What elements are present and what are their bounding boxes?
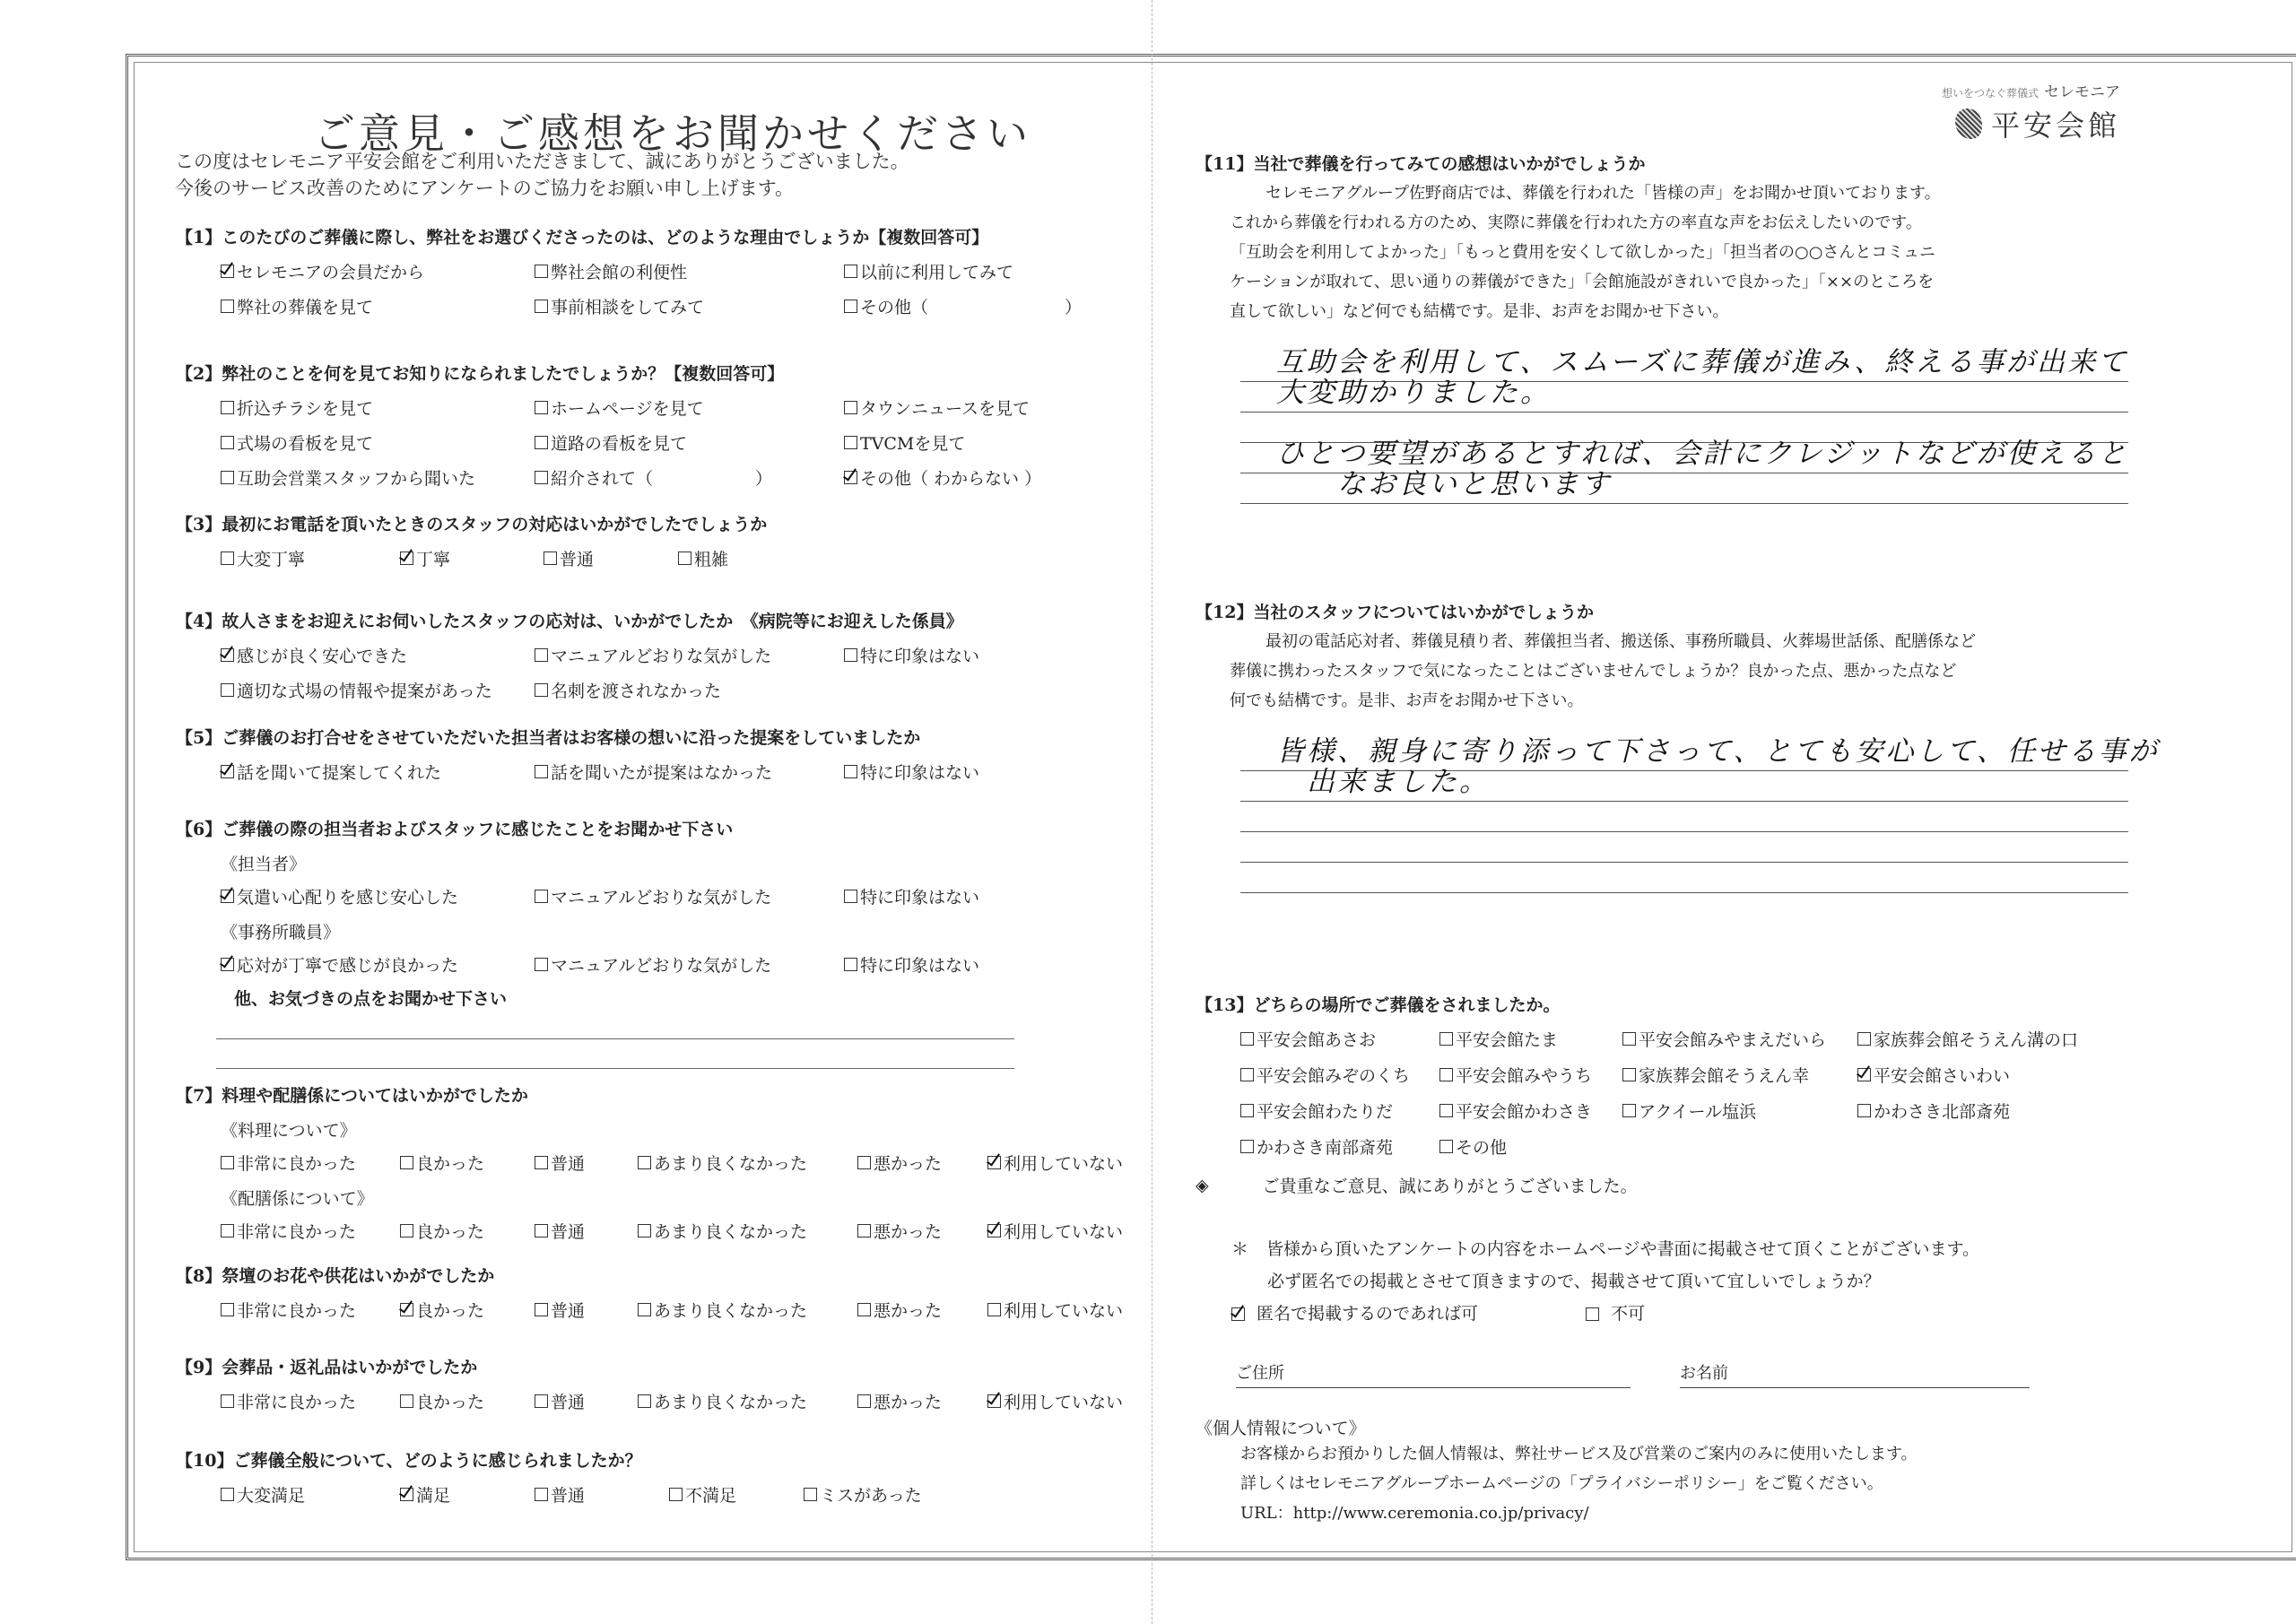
logo-mark-icon bbox=[1955, 109, 1982, 139]
intro-text: この度はセレモニア平安会館をご利用いただきまして、誠にありがとうございました。 … bbox=[175, 148, 909, 202]
checkbox-checked-icon[interactable] bbox=[987, 1394, 1001, 1408]
checkbox-option[interactable]: かわさき南部斎苑 bbox=[1240, 1134, 1439, 1159]
checkbox-icon[interactable] bbox=[857, 1156, 871, 1169]
closing-section: ◈ ご貴重なご意見、誠にありがとうございました。 ＊皆様から頂いたアンケートの内… bbox=[1196, 1173, 2137, 1388]
checkbox-option[interactable]: 良かった bbox=[400, 1389, 535, 1413]
checkbox-icon[interactable] bbox=[221, 300, 234, 313]
handwritten-answer: 出来ました。 bbox=[1276, 759, 1490, 799]
asterisk-icon: ＊ bbox=[1231, 1239, 1248, 1259]
checkbox-icon[interactable] bbox=[844, 401, 857, 414]
checkbox-checked-icon[interactable] bbox=[844, 471, 857, 484]
q12-answer-area[interactable]: 皆様、親身に寄り添って下さって、とても安心して、任せる事が 出来ました。 bbox=[1240, 741, 2128, 893]
checkbox-icon[interactable] bbox=[1439, 1032, 1453, 1046]
checkbox-option[interactable]: 普通 bbox=[535, 1482, 669, 1507]
checkbox-icon[interactable] bbox=[535, 471, 548, 484]
checkbox-option[interactable]: 式場の看板を見て bbox=[221, 430, 535, 455]
checkbox-option[interactable]: 大変満足 bbox=[221, 1482, 400, 1507]
checkbox-option[interactable]: 以前に利用してみて bbox=[844, 259, 1113, 283]
checkbox-option[interactable]: 普通 bbox=[544, 546, 678, 570]
checkbox-option[interactable]: 非常に良かった bbox=[221, 1389, 400, 1413]
checkbox-icon[interactable] bbox=[1240, 1032, 1254, 1046]
checkbox-icon[interactable] bbox=[535, 300, 548, 313]
checkbox-option[interactable]: 弊社の葬儀を見て bbox=[221, 294, 535, 318]
checkbox-checked-icon[interactable] bbox=[221, 765, 234, 778]
checkbox-option[interactable]: 特に印象はない bbox=[844, 643, 1113, 667]
checkbox-icon[interactable] bbox=[857, 1394, 871, 1408]
checkbox-option[interactable]: 平安会館わたりだ bbox=[1240, 1099, 1439, 1123]
checkbox-icon[interactable] bbox=[221, 401, 234, 414]
checkbox-option[interactable]: かわさき北部斎苑 bbox=[1857, 1099, 2091, 1123]
checkbox-icon[interactable] bbox=[804, 1488, 817, 1501]
checkbox-checked-icon[interactable] bbox=[400, 551, 413, 565]
checkbox-option[interactable]: 気遣い心配りを感じ安心した bbox=[221, 884, 535, 908]
checkbox-icon[interactable] bbox=[638, 1394, 651, 1408]
checkbox-option[interactable]: 話を聞いて提案してくれた bbox=[221, 760, 535, 784]
checkbox-option[interactable]: あまり良くなかった bbox=[638, 1219, 857, 1243]
checkbox-option[interactable]: ミスがあった bbox=[804, 1482, 983, 1507]
checkbox-option[interactable]: 名刺を渡されなかった bbox=[535, 678, 844, 702]
checkbox-option[interactable]: 感じが良く安心できた bbox=[221, 643, 535, 667]
checkbox-icon[interactable] bbox=[535, 265, 548, 278]
checkbox-icon[interactable] bbox=[844, 265, 857, 278]
checkbox-icon[interactable] bbox=[535, 648, 548, 662]
checkbox-icon[interactable] bbox=[1622, 1104, 1636, 1117]
question-10: 【10】ご葬儀全般について、どのように感じられましたか？大変満足満足普通不満足ミ… bbox=[176, 1447, 983, 1507]
question-11: 【11】当社で葬儀を行ってみての感想はいかがでしょうか セレモニアグループ佐野商… bbox=[1196, 151, 2128, 504]
checkbox-icon[interactable] bbox=[221, 1394, 234, 1408]
checkbox-option[interactable]: 平安会館かわさき bbox=[1439, 1099, 1622, 1123]
checkbox-option[interactable]: 話を聞いたが提案はなかった bbox=[535, 760, 844, 784]
checkbox-checked-icon[interactable] bbox=[1857, 1068, 1871, 1081]
checkbox-checked-icon[interactable] bbox=[987, 1224, 1001, 1238]
question-5: 【5】ご葬儀のお打合せをさせていただいた担当者はお客様の想いに沿った提案をしてい… bbox=[176, 725, 1113, 784]
checkbox-option[interactable]: 利用していない bbox=[987, 1219, 1167, 1243]
checkbox-icon[interactable] bbox=[535, 1303, 548, 1316]
handwritten-line[interactable] bbox=[1240, 832, 2128, 863]
checkbox-option[interactable]: 非常に良かった bbox=[221, 1298, 400, 1322]
checkbox-option[interactable]: 応対が丁寧で感じが良かった bbox=[221, 952, 535, 977]
checkbox-option[interactable]: マニュアルどおりな気がした bbox=[535, 952, 844, 977]
privacy-url-link[interactable]: URL：http://www.ceremonia.co.jp/privacy/ bbox=[1240, 1498, 2137, 1528]
question-9: 【9】会葬品・返礼品はいかがでしたか非常に良かった良かった普通あまり良くなかった… bbox=[176, 1354, 1167, 1413]
checkbox-option[interactable]: 普通 bbox=[535, 1298, 638, 1322]
question-2: 【2】弊社のことを何を見てお知りになられましたでしょうか？【複数回答可】折込チラ… bbox=[176, 360, 1113, 490]
question-4: 【4】故人さまをお迎えにお伺いしたスタッフの応対は、いかがでしたか 《病院等にお… bbox=[176, 608, 1113, 702]
checkbox-option[interactable]: 道路の看板を見て bbox=[535, 430, 844, 455]
checkbox-icon[interactable] bbox=[1857, 1032, 1871, 1046]
consent-option-anonymous[interactable]: 匿名で掲載するのであれば可 bbox=[1231, 1298, 1478, 1330]
checkbox-icon[interactable] bbox=[221, 471, 234, 484]
checkbox-icon[interactable] bbox=[221, 1488, 234, 1501]
checkbox-checked-icon[interactable] bbox=[221, 265, 234, 278]
checkbox-icon[interactable] bbox=[400, 1224, 413, 1238]
comment-line[interactable] bbox=[216, 1039, 1014, 1069]
handwritten-line[interactable]: 大変助かりました。 bbox=[1240, 382, 2128, 413]
checkbox-checked-icon[interactable] bbox=[1231, 1307, 1245, 1321]
question-12: 【12】当社のスタッフについてはいかがでしょうか 最初の電話応対者、葬儀見積り者… bbox=[1196, 599, 2128, 893]
checkbox-option[interactable]: その他（ わからない ） bbox=[844, 465, 1113, 490]
address-field[interactable]: ご住所 bbox=[1236, 1360, 1631, 1388]
checkbox-icon[interactable] bbox=[535, 890, 548, 903]
checkbox-icon[interactable] bbox=[221, 551, 234, 565]
checkbox-icon[interactable] bbox=[1586, 1307, 1599, 1321]
checkbox-option[interactable]: 特に印象はない bbox=[844, 760, 1113, 784]
checkbox-option[interactable]: 悪かった bbox=[857, 1298, 987, 1322]
checkbox-option[interactable]: 大変丁寧 bbox=[221, 546, 400, 570]
checkbox-option[interactable]: 紹介されて（ ） bbox=[535, 465, 844, 490]
checkbox-option[interactable]: ホームページを見て bbox=[535, 395, 844, 420]
checkbox-option[interactable]: 特に印象はない bbox=[844, 884, 1113, 908]
checkbox-icon[interactable] bbox=[844, 300, 857, 313]
checkbox-icon[interactable] bbox=[844, 765, 857, 778]
checkbox-checked-icon[interactable] bbox=[400, 1303, 413, 1316]
checkbox-icon[interactable] bbox=[221, 1224, 234, 1238]
checkbox-option[interactable]: その他（ ） bbox=[844, 294, 1113, 318]
checkbox-option[interactable]: マニュアルどおりな気がした bbox=[535, 643, 844, 667]
checkbox-icon[interactable] bbox=[535, 958, 548, 971]
checkbox-checked-icon[interactable] bbox=[221, 958, 234, 971]
checkbox-icon[interactable] bbox=[1240, 1068, 1254, 1081]
thanks-text: ご貴重なご意見、誠にありがとうございました。 bbox=[1263, 1173, 1638, 1197]
checkbox-option[interactable]: 粗雑 bbox=[678, 546, 813, 570]
handwritten-line[interactable] bbox=[1240, 863, 2128, 893]
checkbox-option[interactable]: その他 bbox=[1439, 1134, 1622, 1159]
handwritten-answer: 大変助かりました。 bbox=[1276, 369, 1551, 410]
checkbox-checked-icon[interactable] bbox=[400, 1488, 413, 1501]
checkbox-icon[interactable] bbox=[535, 1394, 548, 1408]
checkbox-icon[interactable] bbox=[1439, 1104, 1453, 1117]
checkbox-icon[interactable] bbox=[1439, 1068, 1453, 1081]
checkbox-icon[interactable] bbox=[844, 958, 857, 971]
checkbox-icon[interactable] bbox=[535, 1224, 548, 1238]
checkbox-option[interactable]: 丁寧 bbox=[400, 546, 544, 570]
company-logo: 想いをつなぐ葬儀式セレモニア 平安会館 bbox=[1942, 79, 2120, 144]
question-7: 【7】料理や配膳係についてはいかがでしたか《料理について》非常に良かった良かった… bbox=[176, 1082, 1167, 1254]
checkbox-option[interactable]: 特に印象はない bbox=[844, 952, 1113, 977]
checkbox-icon[interactable] bbox=[400, 1156, 413, 1169]
checkbox-icon[interactable] bbox=[638, 1224, 651, 1238]
privacy-section: 《個人情報について》 お客様からお預かりした個人情報は、弊社サービス及び営業のご… bbox=[1196, 1415, 2137, 1528]
checkbox-option[interactable]: 平安会館たま bbox=[1439, 1027, 1622, 1051]
checkbox-icon[interactable] bbox=[221, 436, 234, 449]
checkbox-option[interactable]: あまり良くなかった bbox=[638, 1298, 857, 1322]
checkbox-option[interactable]: 不満足 bbox=[669, 1482, 804, 1507]
checkbox-option[interactable]: 満足 bbox=[400, 1482, 535, 1507]
checkbox-icon[interactable] bbox=[1622, 1068, 1636, 1081]
question-8: 【8】祭壇のお花や供花はいかがでしたか非常に良かった良かった普通あまり良くなかっ… bbox=[176, 1263, 1167, 1322]
checkbox-icon[interactable] bbox=[1439, 1140, 1453, 1153]
checkbox-icon[interactable] bbox=[987, 1303, 1001, 1316]
checkbox-icon[interactable] bbox=[638, 1303, 651, 1316]
checkbox-option[interactable]: 適切な式場の情報や提案があった bbox=[221, 678, 535, 702]
checkbox-icon[interactable] bbox=[638, 1156, 651, 1169]
checkbox-option[interactable]: TVCMを見て bbox=[844, 430, 1113, 455]
question-1: 【1】このたびのご葬儀に際し、弊社をお選びくださったのは、どのような理由でしょう… bbox=[176, 224, 1113, 318]
checkbox-option[interactable]: 平安会館みぞのくち bbox=[1240, 1063, 1439, 1087]
checkbox-option[interactable]: 弊社会館の利便性 bbox=[535, 259, 844, 283]
checkbox-option[interactable]: 平安会館さいわい bbox=[1857, 1063, 2091, 1087]
handwritten-line[interactable]: 出来ました。 bbox=[1240, 771, 2128, 802]
checkbox-icon[interactable] bbox=[535, 436, 548, 449]
checkbox-option[interactable]: 平安会館みやうち bbox=[1439, 1063, 1622, 1087]
checkbox-option[interactable]: 普通 bbox=[535, 1219, 638, 1243]
checkbox-icon[interactable] bbox=[1240, 1104, 1254, 1117]
question-6: 【6】ご葬儀の際の担当者およびスタッフに感じたことをお聞かせ下さい《担当者》気遣… bbox=[176, 816, 1113, 1069]
checkbox-icon[interactable] bbox=[1857, 1104, 1871, 1117]
checkbox-checked-icon[interactable] bbox=[987, 1156, 1001, 1169]
checkbox-icon[interactable] bbox=[535, 683, 548, 697]
checkbox-option[interactable]: 普通 bbox=[535, 1151, 638, 1175]
diamond-icon: ◈ bbox=[1196, 1176, 1209, 1195]
checkbox-option[interactable]: あまり良くなかった bbox=[638, 1151, 857, 1175]
checkbox-option[interactable]: 平安会館あさお bbox=[1240, 1027, 1439, 1051]
handwritten-line[interactable] bbox=[1240, 802, 2128, 832]
checkbox-option[interactable]: あまり良くなかった bbox=[638, 1389, 857, 1413]
checkbox-checked-icon[interactable] bbox=[221, 890, 234, 903]
checkbox-option[interactable]: 非常に良かった bbox=[221, 1151, 400, 1175]
question-3: 【3】最初にお電話を頂いたときのスタッフの対応はいかがでしたでしょうか大変丁寧丁… bbox=[176, 511, 813, 570]
checkbox-icon[interactable] bbox=[221, 1156, 234, 1169]
checkbox-option[interactable]: 家族葬会館そうえん幸 bbox=[1622, 1063, 1857, 1087]
checkbox-icon[interactable] bbox=[669, 1488, 683, 1501]
checkbox-icon[interactable] bbox=[535, 1488, 548, 1501]
name-field[interactable]: お名前 bbox=[1680, 1360, 2030, 1388]
checkbox-option[interactable]: 平安会館みやまえだいら bbox=[1622, 1027, 1857, 1051]
checkbox-option[interactable]: 悪かった bbox=[857, 1389, 987, 1413]
checkbox-option[interactable]: 悪かった bbox=[857, 1219, 987, 1243]
checkbox-checked-icon[interactable] bbox=[221, 648, 234, 662]
checkbox-icon[interactable] bbox=[535, 1156, 548, 1169]
q11-answer-area[interactable]: 互助会を利用して、スムーズに葬儀が進み、終える事が出来て大変助かりました。ひとつ… bbox=[1240, 352, 2128, 504]
checkbox-option[interactable]: タウンニュースを見て bbox=[844, 395, 1113, 420]
checkbox-option[interactable]: 普通 bbox=[535, 1389, 638, 1413]
checkbox-option[interactable]: セレモニアの会員だから bbox=[221, 259, 535, 283]
checkbox-option[interactable]: 家族葬会館そうえん溝の口 bbox=[1857, 1027, 2091, 1051]
checkbox-option[interactable]: 利用していない bbox=[987, 1298, 1167, 1322]
checkbox-icon[interactable] bbox=[678, 551, 691, 565]
checkbox-option[interactable]: 良かった bbox=[400, 1151, 535, 1175]
checkbox-icon[interactable] bbox=[844, 890, 857, 903]
checkbox-icon[interactable] bbox=[857, 1224, 871, 1238]
checkbox-icon[interactable] bbox=[535, 765, 548, 778]
checkbox-icon[interactable] bbox=[1240, 1140, 1254, 1153]
checkbox-icon[interactable] bbox=[1622, 1032, 1636, 1046]
checkbox-icon[interactable] bbox=[544, 551, 557, 565]
checkbox-icon[interactable] bbox=[221, 1303, 234, 1316]
checkbox-option[interactable]: 互助会営業スタッフから聞いた bbox=[221, 465, 535, 490]
checkbox-option[interactable]: 利用していない bbox=[987, 1151, 1167, 1175]
checkbox-icon[interactable] bbox=[844, 436, 857, 449]
question-13: 【13】どちらの場所でご葬儀をされましたか。 平安会館あさお平安会館たま平安会館… bbox=[1196, 992, 2146, 1159]
checkbox-option[interactable]: 非常に良かった bbox=[221, 1219, 400, 1243]
handwritten-answer: なお良いと思います bbox=[1276, 461, 1612, 501]
checkbox-icon[interactable] bbox=[844, 648, 857, 662]
checkbox-icon[interactable] bbox=[221, 683, 234, 697]
checkbox-option[interactable]: アクイール塩浜 bbox=[1622, 1099, 1857, 1123]
checkbox-icon[interactable] bbox=[535, 401, 548, 414]
comment-line[interactable] bbox=[216, 1010, 1014, 1039]
checkbox-option[interactable]: 悪かった bbox=[857, 1151, 987, 1175]
checkbox-option[interactable]: 事前相談をしてみて bbox=[535, 294, 844, 318]
checkbox-option[interactable]: マニュアルどおりな気がした bbox=[535, 884, 844, 908]
checkbox-option[interactable]: 良かった bbox=[400, 1298, 535, 1322]
checkbox-option[interactable]: 良かった bbox=[400, 1219, 535, 1243]
comment-lines[interactable] bbox=[216, 1010, 1113, 1069]
checkbox-icon[interactable] bbox=[400, 1394, 413, 1408]
consent-option-no[interactable]: 不可 bbox=[1586, 1298, 1645, 1330]
checkbox-option[interactable]: 折込チラシを見て bbox=[221, 395, 535, 420]
checkbox-option[interactable]: 利用していない bbox=[987, 1389, 1167, 1413]
checkbox-icon[interactable] bbox=[857, 1303, 871, 1316]
handwritten-line[interactable]: なお良いと思います bbox=[1240, 473, 2128, 504]
